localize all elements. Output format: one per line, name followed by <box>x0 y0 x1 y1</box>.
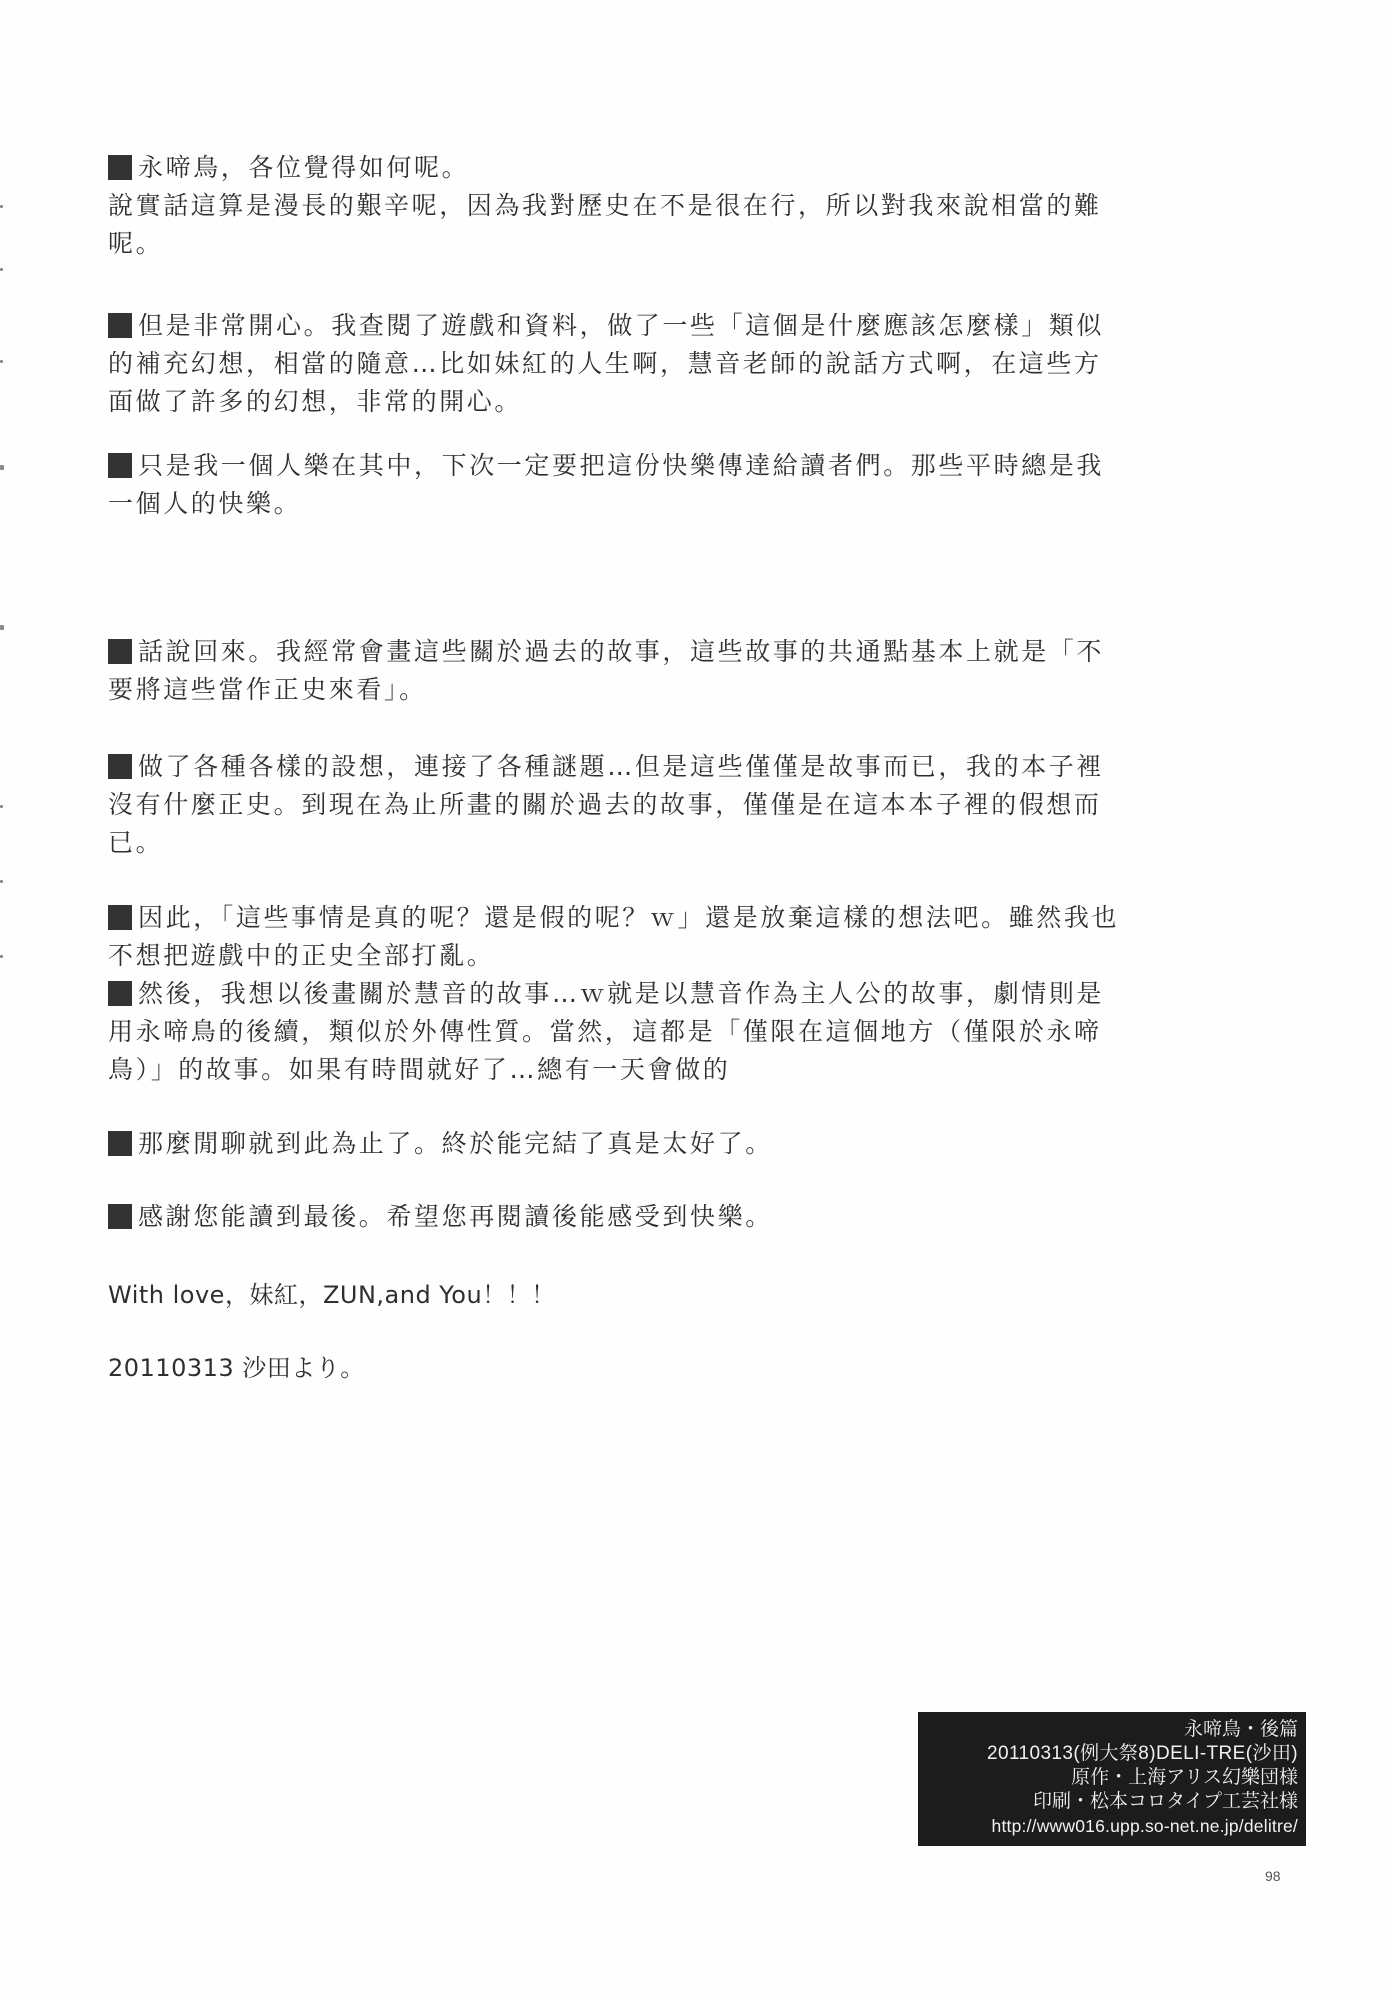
line-text: 面做了許多的幻想，非常的開心。 <box>108 387 522 416</box>
paragraph-line: 呢。 <box>108 228 163 260</box>
scan-speck <box>0 360 3 363</box>
colophon-title: 永啼鳥・後篇 <box>926 1718 1298 1742</box>
scan-speck <box>0 625 4 630</box>
line-text: 但是非常開心。我查閱了遊戲和資料，做了一些「這個是什麼應該怎麼樣」類似 <box>138 311 1104 340</box>
paragraph-line: 一個人的快樂。 <box>108 488 301 520</box>
paragraph-line: 話說回來。我經常會畫這些關於過去的故事，這些故事的共通點基本上就是「不 <box>108 636 1104 668</box>
paragraph-line: 的補充幻想，相當的隨意…比如妹紅的人生啊，慧音老師的說話方式啊，在這些方 <box>108 348 1102 380</box>
line-text: 做了各種各樣的設想，連接了各種謎題…但是這些僅僅是故事而已，我的本子裡 <box>138 752 1104 781</box>
scan-speck <box>0 268 3 271</box>
colophon-original-work: 原作・上海アリス幻樂団様 <box>926 1766 1298 1790</box>
line-text: 話說回來。我經常會畫這些關於過去的故事，這些故事的共通點基本上就是「不 <box>138 637 1104 666</box>
line-text: 用永啼鳥的後續，類似於外傳性質。當然，這都是「僅限在這個地方（僅限於永啼 <box>108 1017 1102 1046</box>
line-text: 不想把遊戲中的正史全部打亂。 <box>108 941 494 970</box>
page-number: 98 <box>1265 1868 1281 1884</box>
line-text: 說實話這算是漫長的艱辛呢，因為我對歷史在不是很在行，所以對我來說相當的難 <box>108 191 1102 220</box>
paragraph-line: 已。 <box>108 827 163 859</box>
signature-text: 20110313 沙田より。 <box>108 1354 365 1382</box>
bullet-square-icon <box>108 905 132 930</box>
line-text: 那麼閒聊就到此為止了。終於能完結了真是太好了。 <box>138 1129 773 1158</box>
signature: 20110313 沙田より。 <box>108 1352 365 1384</box>
colophon-box: 永啼鳥・後篇 20110313(例大祭8)DELI-TRE(沙田) 原作・上海ア… <box>918 1712 1306 1846</box>
line-text: 然後，我想以後畫關於慧音的故事…ｗ就是以慧音作為主人公的故事，劇情則是 <box>138 979 1104 1008</box>
sign-off-text: With love，妹紅，ZUN,and You！！！ <box>108 1281 556 1309</box>
document-page: 永啼鳥，各位覺得如何呢。 說實話這算是漫長的艱辛呢，因為我對歷史在不是很在行，所… <box>0 0 1391 2000</box>
paragraph-line: 沒有什麼正史。到現在為止所畫的關於過去的故事，僅僅是在這本本子裡的假想而 <box>108 789 1102 821</box>
colophon-url: http://www016.upp.so-net.ne.jp/delitre/ <box>926 1814 1298 1838</box>
bullet-square-icon <box>108 453 132 478</box>
paragraph-line: 做了各種各樣的設想，連接了各種謎題…但是這些僅僅是故事而已，我的本子裡 <box>108 751 1104 783</box>
line-text: 永啼鳥，各位覺得如何呢。 <box>138 153 469 182</box>
scan-speck <box>0 880 3 883</box>
line-text: 感謝您能讀到最後。希望您再閱讀後能感受到快樂。 <box>138 1202 773 1231</box>
paragraph-line: 用永啼鳥的後續，類似於外傳性質。當然，這都是「僅限在這個地方（僅限於永啼 <box>108 1016 1102 1048</box>
line-text: 因此，「這些事情是真的呢？還是假的呢？ｗ」還是放棄這樣的想法吧。雖然我也 <box>138 903 1119 932</box>
bullet-square-icon <box>108 1204 132 1229</box>
line-text: 的補充幻想，相當的隨意…比如妹紅的人生啊，慧音老師的說話方式啊，在這些方 <box>108 349 1102 378</box>
paragraph-line: 永啼鳥，各位覺得如何呢。 <box>108 152 469 184</box>
colophon-event: 20110313(例大祭8)DELI-TRE(沙田) <box>926 1742 1298 1766</box>
paragraph-line: 因此，「這些事情是真的呢？還是假的呢？ｗ」還是放棄這樣的想法吧。雖然我也 <box>108 902 1119 934</box>
paragraph-line: 鳥）」的故事。如果有時間就好了…總有一天會做的 <box>108 1054 730 1086</box>
sign-off: With love，妹紅，ZUN,and You！！！ <box>108 1279 556 1311</box>
line-text: 已。 <box>108 828 163 857</box>
line-text: 只是我一個人樂在其中，下次一定要把這份快樂傳達給讀者們。那些平時總是我 <box>138 451 1104 480</box>
paragraph-line: 說實話這算是漫長的艱辛呢，因為我對歷史在不是很在行，所以對我來說相當的難 <box>108 190 1102 222</box>
paragraph-line: 然後，我想以後畫關於慧音的故事…ｗ就是以慧音作為主人公的故事，劇情則是 <box>108 978 1104 1010</box>
bullet-square-icon <box>108 639 132 664</box>
paragraph-line: 那麼閒聊就到此為止了。終於能完結了真是太好了。 <box>108 1128 773 1160</box>
line-text: 沒有什麼正史。到現在為止所畫的關於過去的故事，僅僅是在這本本子裡的假想而 <box>108 790 1102 819</box>
paragraph-line: 但是非常開心。我查閱了遊戲和資料，做了一些「這個是什麼應該怎麼樣」類似 <box>108 310 1104 342</box>
line-text: 要將這些當作正史來看」。 <box>108 675 427 704</box>
bullet-square-icon <box>108 981 132 1006</box>
paragraph-line: 感謝您能讀到最後。希望您再閱讀後能感受到快樂。 <box>108 1201 773 1233</box>
bullet-square-icon <box>108 754 132 779</box>
colophon-printer: 印刷・松本コロタイプ工芸社様 <box>926 1790 1298 1814</box>
bullet-square-icon <box>108 155 132 180</box>
line-text: 鳥）」的故事。如果有時間就好了…總有一天會做的 <box>108 1055 730 1084</box>
scan-speck <box>0 955 3 958</box>
bullet-square-icon <box>108 313 132 338</box>
line-text: 一個人的快樂。 <box>108 489 301 518</box>
paragraph-line: 面做了許多的幻想，非常的開心。 <box>108 386 522 418</box>
paragraph-line: 只是我一個人樂在其中，下次一定要把這份快樂傳達給讀者們。那些平時總是我 <box>108 450 1104 482</box>
line-text: 呢。 <box>108 229 163 258</box>
paragraph-line: 不想把遊戲中的正史全部打亂。 <box>108 940 494 972</box>
scan-speck <box>0 805 3 808</box>
paragraph-line: 要將這些當作正史來看」。 <box>108 674 427 706</box>
scan-speck <box>0 465 4 470</box>
scan-speck <box>0 205 3 208</box>
bullet-square-icon <box>108 1131 132 1156</box>
